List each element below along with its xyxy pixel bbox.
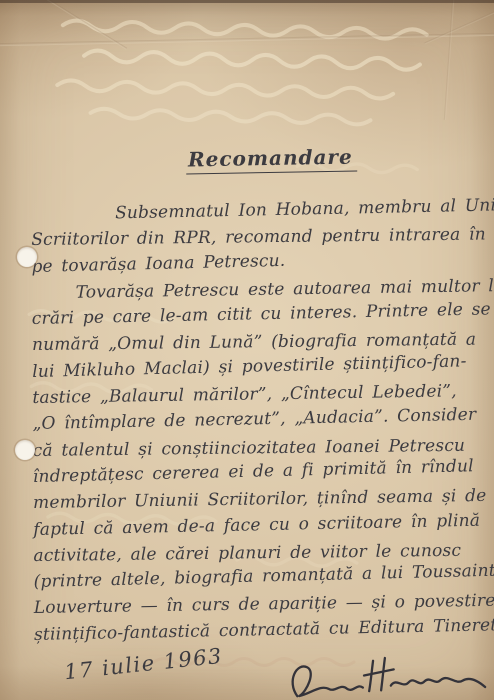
letter-page: Recomandare Subsemnatul Ion Hobana, memb… (0, 0, 494, 700)
fold-crease-topleft (0, 0, 127, 50)
fold-crease-topright (424, 0, 494, 44)
document-title: Recomandare (186, 145, 357, 175)
date: 17 iulie 1963 (63, 644, 224, 685)
letter-body: Subsemnatul Ion Hobana, membru al Uniuni… (31, 198, 484, 648)
fold-crease-horizontal (0, 33, 494, 46)
signature (280, 641, 489, 700)
punch-hole-top (17, 247, 37, 267)
punch-hole-bottom (15, 440, 35, 460)
fold-crease-vertical (444, 0, 454, 120)
